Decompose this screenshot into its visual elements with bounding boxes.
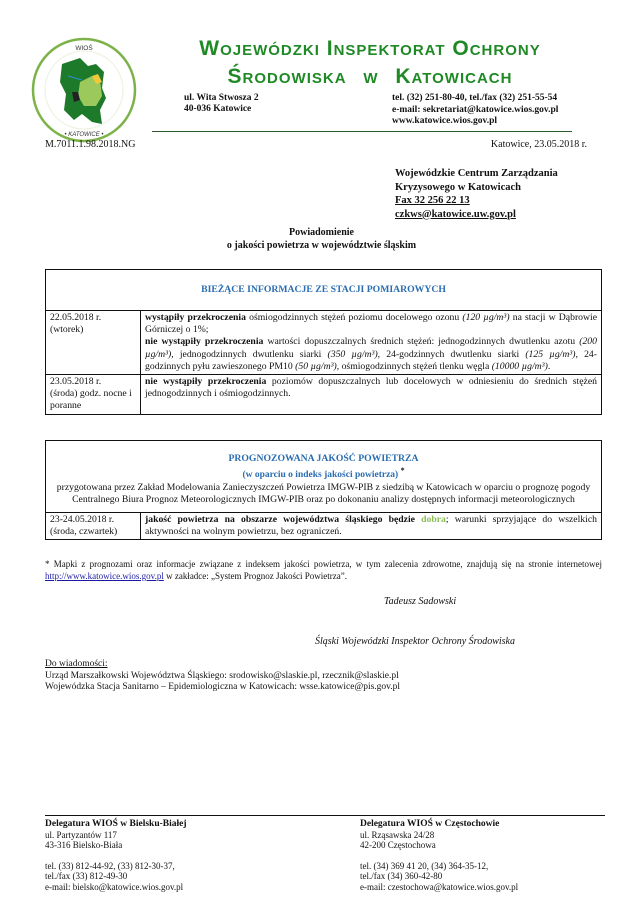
forecast-subheading: (w oparciu o indeks jakości powietrza) bbox=[242, 470, 398, 480]
table-row: 22.05.2018 r. (wtorek) wystąpiły przekro… bbox=[46, 311, 602, 375]
cc-item: Urząd Marszałkowski Województwa Śląskieg… bbox=[45, 671, 400, 683]
pm10-limit: (50 µg/m³) bbox=[295, 361, 337, 372]
document-date: Katowice, 23.05.2018 r. bbox=[491, 139, 587, 150]
forecast-table: PROGNOZOWANA JAKOŚĆ POWIETRZA (w oparciu… bbox=[45, 440, 602, 540]
footnote-marker: * bbox=[401, 466, 405, 475]
table-header-row: BIEŻĄCE INFORMACJE ZE STACJI POMIAROWYCH bbox=[46, 270, 602, 311]
so2-1h-limit: (350 µg/m³) bbox=[328, 349, 378, 360]
svg-text:• KATOWICE •: • KATOWICE • bbox=[65, 132, 104, 138]
branch-street: ul. Rząsawska 24/28 bbox=[360, 830, 518, 841]
cc-label: Do wiadomości: bbox=[45, 659, 400, 671]
row-date: 22.05.2018 r. bbox=[50, 312, 136, 324]
institution-contact: tel. (32) 251-80-40, tel./fax (32) 251-5… bbox=[392, 93, 558, 128]
institution-title-line2: Środowiska w Katowicach bbox=[150, 65, 590, 89]
branch-street: ul. Partyzantów 117 bbox=[45, 830, 187, 841]
branch-email[interactable]: e-mail: bielsko@katowice.wios.gov.pl bbox=[45, 882, 187, 893]
row-day: (środa) godz. nocne i poranne bbox=[50, 388, 136, 412]
table-row: 23.05.2018 r. (środa) godz. nocne i pora… bbox=[46, 375, 602, 415]
table-row: 23-24.05.2018 r. (środa, czwartek) jakoś… bbox=[46, 512, 602, 539]
row-date-cell: 22.05.2018 r. (wtorek) bbox=[46, 311, 141, 375]
address-street: ul. Wita Stwosza 2 bbox=[184, 93, 259, 104]
recipient-block: Wojewódzkie Centrum Zarządzania Kryzysow… bbox=[395, 167, 558, 221]
recipient-line1: Wojewódzkie Centrum Zarządzania bbox=[395, 167, 558, 181]
forecast-description: przygotowana przez Zakład Modelowania Za… bbox=[50, 482, 597, 506]
row-day: (środa, czwartek) bbox=[50, 526, 136, 538]
footer-divider bbox=[45, 815, 605, 816]
document-reference: M.7011.1.98.2018.NG bbox=[45, 139, 135, 150]
footnote: * Mapki z prognozami oraz informacje zwi… bbox=[45, 558, 602, 582]
recipient-fax: Fax 32 256 22 13 bbox=[395, 194, 558, 208]
branch-fax: tel./fax (34) 360-42-80 bbox=[360, 871, 518, 882]
row-date-cell: 23-24.05.2018 r. (środa, czwartek) bbox=[46, 512, 141, 539]
text-segment: . bbox=[548, 361, 550, 372]
footnote-text: * Mapki z prognozami oraz informacje zwi… bbox=[45, 559, 602, 569]
forecast-header-cell: PROGNOZOWANA JAKOŚĆ POWIETRZA (w oparciu… bbox=[46, 441, 602, 513]
current-info-table: BIEŻĄCE INFORMACJE ZE STACJI POMIAROWYCH… bbox=[45, 269, 602, 415]
header-divider bbox=[152, 131, 572, 132]
branch-fax: tel./fax (33) 812-49-30 bbox=[45, 871, 187, 882]
contact-phone: tel. (32) 251-80-40, tel./fax (32) 251-5… bbox=[392, 93, 558, 105]
co-limit: (10000 µg/m³) bbox=[492, 361, 548, 372]
forecast-statement: jakość powietrza na obszarze województwa… bbox=[145, 514, 421, 525]
row-content-cell: wystąpiły przekroczenia ośmiogodzinnych … bbox=[141, 311, 602, 375]
text-segment: wartości dopuszczalnych średnich stężeń:… bbox=[263, 336, 579, 347]
forecast-subheading-wrap: (w oparciu o indeks jakości powietrza) * bbox=[50, 465, 597, 481]
text-segment: , 24-godzinnych dwutlenku siarki bbox=[378, 349, 526, 360]
ozone-limit: (120 µg/m³) bbox=[462, 312, 509, 323]
contact-website[interactable]: www.katowice.wios.gov.pl bbox=[392, 116, 558, 128]
row-date-cell: 23.05.2018 r. (środa) godz. nocne i pora… bbox=[46, 375, 141, 415]
footnote-text-tail: w zakładce: „System Prognoz Jakości Powi… bbox=[164, 571, 347, 581]
no-exceedance-label: nie wystąpiły przekroczenia bbox=[145, 376, 266, 387]
row-date: 23-24.05.2018 r. bbox=[50, 514, 136, 526]
notice-title: Powiadomienie bbox=[0, 227, 643, 240]
exceedance-label: wystąpiły przekroczenia bbox=[145, 312, 246, 323]
notice-subtitle: o jakości powietrza w województwie śląsk… bbox=[0, 240, 643, 253]
institution-title-line1: Wojewódzki Inspektorat Ochrony bbox=[150, 37, 590, 61]
branch-name: Delegatura WIOŚ w Częstochowie bbox=[360, 819, 499, 829]
address-city: 40-036 Katowice bbox=[184, 104, 259, 115]
text-segment: , jednogodzinnych dwutlenku siarki bbox=[171, 349, 327, 360]
current-info-heading: BIEŻĄCE INFORMACJE ZE STACJI POMIAROWYCH bbox=[46, 270, 602, 311]
signatory-position: Śląski Wojewódzki Inspektor Ochrony Środ… bbox=[315, 636, 515, 647]
cc-list: Do wiadomości: Urząd Marszałkowski Wojew… bbox=[45, 659, 400, 694]
branch-city: 43-316 Bielsko-Biała bbox=[45, 840, 187, 851]
cc-item: Wojewódzka Stacja Sanitarno – Epidemiolo… bbox=[45, 682, 400, 694]
no-exceedance-label: nie wystąpiły przekroczenia bbox=[145, 336, 263, 347]
exceedance-text: ośmiogodzinnych stężeń poziomu doceloweg… bbox=[246, 312, 462, 323]
branch-phone: tel. (33) 812-44-92, (33) 812-30-37, bbox=[45, 861, 187, 872]
row-content-cell: nie wystąpiły przekroczenia poziomów dop… bbox=[141, 375, 602, 415]
institution-address: ul. Wita Stwosza 2 40-036 Katowice bbox=[184, 93, 259, 115]
recipient-line2: Kryzysowego w Katowicach bbox=[395, 181, 558, 195]
voivodeship-map-emblem-icon: WIOŚ • KATOWICE • bbox=[30, 36, 138, 144]
text-segment: , ośmiogodzinnych stężeń tlenku węgla bbox=[337, 361, 492, 372]
branch-phone: tel. (34) 369 41 20, (34) 364-35-12, bbox=[360, 861, 518, 872]
svg-text:WIOŚ: WIOŚ bbox=[75, 43, 93, 52]
so2-24h-limit: (125 µg/m³) bbox=[525, 349, 575, 360]
row-content-cell: jakość powietrza na obszarze województwa… bbox=[141, 512, 602, 539]
footer-branch-bielsko: Delegatura WIOŚ w Bielsku-Białej ul. Par… bbox=[45, 818, 187, 892]
air-quality-level: dobra bbox=[421, 514, 446, 525]
signatory-name: Tadeusz Sadowski bbox=[384, 596, 456, 607]
branch-city: 42-200 Częstochowa bbox=[360, 840, 518, 851]
notice-heading: Powiadomienie o jakości powietrza w woje… bbox=[0, 227, 643, 252]
row-day: (wtorek) bbox=[50, 324, 136, 336]
contact-email[interactable]: e-mail: sekretariat@katowice.wios.gov.pl bbox=[392, 105, 558, 117]
footer-branch-czestochowa: Delegatura WIOŚ w Częstochowie ul. Rząsa… bbox=[360, 818, 518, 892]
wios-logo: WIOŚ • KATOWICE • bbox=[30, 36, 138, 144]
wios-website-link[interactable]: http://www.katowice.wios.gov.pl bbox=[45, 571, 164, 581]
no-exceedance-paragraph: nie wystąpiły przekroczenia wartości dop… bbox=[145, 336, 597, 373]
row-date: 23.05.2018 r. bbox=[50, 376, 136, 388]
branch-email[interactable]: e-mail: czestochowa@katowice.wios.gov.pl bbox=[360, 882, 518, 893]
forecast-heading: PROGNOZOWANA JAKOŚĆ POWIETRZA bbox=[50, 453, 597, 465]
table-header-row: PROGNOZOWANA JAKOŚĆ POWIETRZA (w oparciu… bbox=[46, 441, 602, 513]
exceedance-paragraph: wystąpiły przekroczenia ośmiogodzinnych … bbox=[145, 312, 597, 336]
branch-name: Delegatura WIOŚ w Bielsku-Białej bbox=[45, 819, 187, 829]
recipient-email[interactable]: czkws@katowice.uw.gov.pl bbox=[395, 208, 558, 222]
